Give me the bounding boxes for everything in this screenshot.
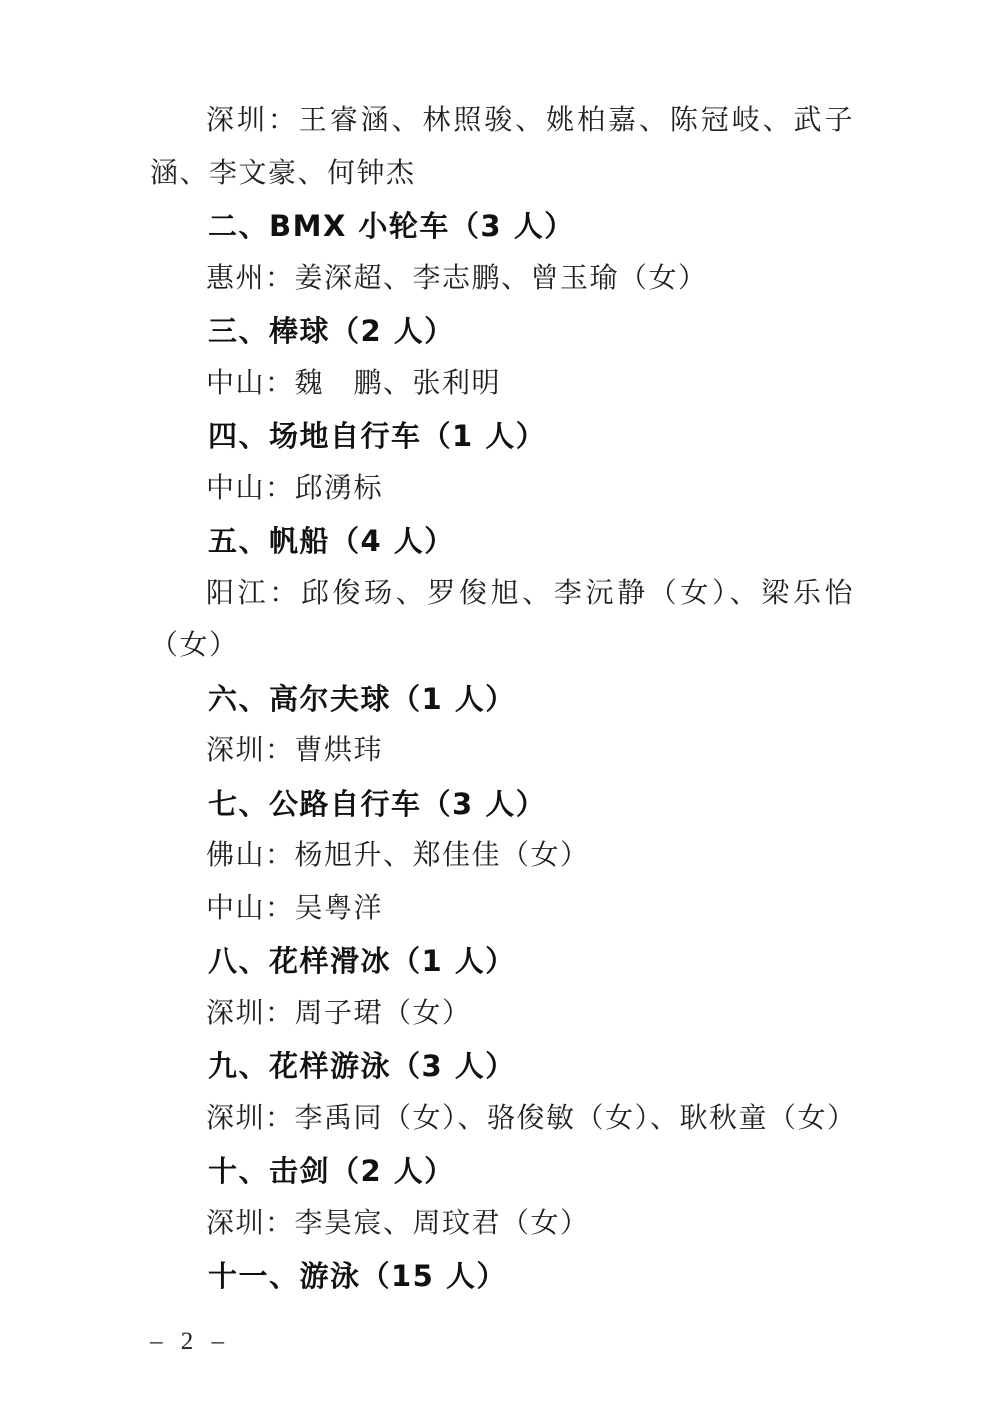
section-heading-fencing: 十、击剑（2 人） bbox=[150, 1145, 854, 1198]
document-body: 深圳：王睿涵、林照骏、姚柏嘉、陈冠岐、武子涵、李文豪、何钟杰 二、BMX 小轮车… bbox=[150, 95, 854, 1303]
paragraph-city-roster: 深圳：曹烘玮 bbox=[150, 725, 854, 778]
paragraph-city-roster: 深圳：李禹同（女）、骆俊敏（女）、耿秋童（女） bbox=[150, 1093, 854, 1146]
section-heading-road-cycling: 七、公路自行车（3 人） bbox=[150, 778, 854, 831]
paragraph-city-roster: 惠州：姜深超、李志鹏、曾玉瑜（女） bbox=[150, 253, 854, 306]
paragraph-city-roster: 佛山：杨旭升、郑佳佳（女） bbox=[150, 830, 854, 883]
section-heading-swimming: 十一、游泳（15 人） bbox=[150, 1250, 854, 1303]
paragraph-city-roster: 中山：邱湧标 bbox=[150, 463, 854, 516]
section-heading-figure-skating: 八、花样滑冰（1 人） bbox=[150, 935, 854, 988]
paragraph-city-roster: 阳江：邱俊玚、罗俊旭、李沅静（女）、梁乐怡（女） bbox=[150, 568, 854, 673]
section-heading-baseball: 三、棒球（2 人） bbox=[150, 305, 854, 358]
page-number: – 2 – bbox=[150, 1328, 230, 1356]
section-heading-bmx: 二、BMX 小轮车（3 人） bbox=[150, 200, 854, 253]
section-heading-sailing: 五、帆船（4 人） bbox=[150, 515, 854, 568]
section-heading-golf: 六、高尔夫球（1 人） bbox=[150, 673, 854, 726]
paragraph-city-roster: 中山：魏 鹏、张利明 bbox=[150, 358, 854, 411]
paragraph-city-roster: 深圳：李昊宸、周玟君（女） bbox=[150, 1198, 854, 1251]
section-heading-artistic-swimming: 九、花样游泳（3 人） bbox=[150, 1040, 854, 1093]
paragraph-city-roster: 中山：吴粤洋 bbox=[150, 883, 854, 936]
document-page: 深圳：王睿涵、林照骏、姚柏嘉、陈冠岐、武子涵、李文豪、何钟杰 二、BMX 小轮车… bbox=[0, 0, 1000, 1414]
paragraph-continuation: 深圳：王睿涵、林照骏、姚柏嘉、陈冠岐、武子涵、李文豪、何钟杰 bbox=[150, 95, 854, 200]
section-heading-track-cycling: 四、场地自行车（1 人） bbox=[150, 410, 854, 463]
paragraph-city-roster: 深圳：周子珺（女） bbox=[150, 988, 854, 1041]
